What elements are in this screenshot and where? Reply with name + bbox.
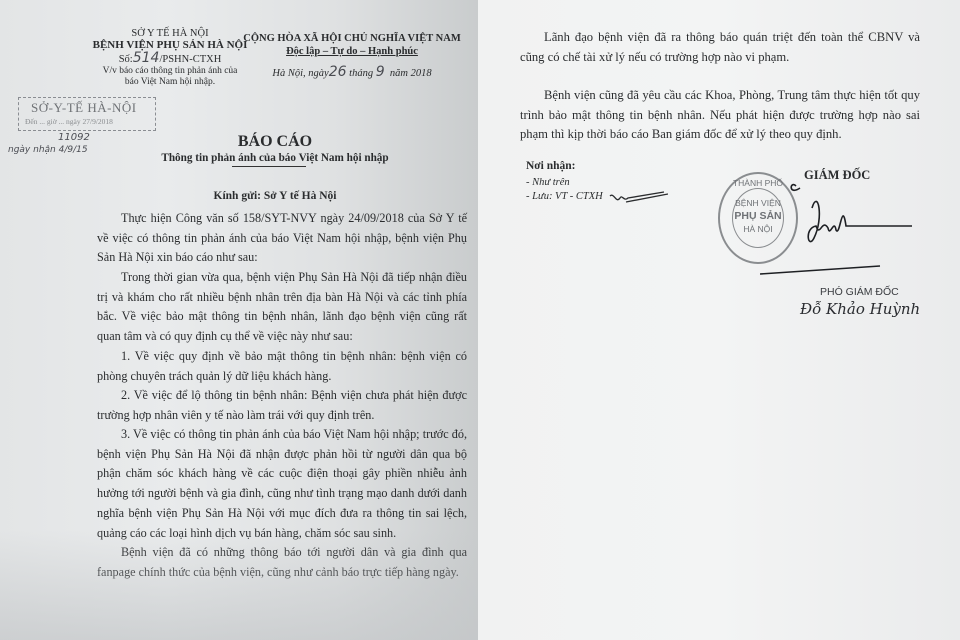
hospital-name: BỆNH VIỆN PHỤ SẢN HÀ NỘI	[76, 39, 264, 52]
date-month: 9	[376, 64, 385, 80]
document-date: Hà Nội, ngày26 tháng 9 năm 2018	[238, 66, 466, 80]
subject-line: V/v báo cáo thông tin phản ánh của báo V…	[80, 66, 260, 88]
paragraph-item-1: 1. Về việc quy định về bảo mật thông tin…	[97, 347, 467, 386]
date-year: năm 2018	[390, 68, 432, 79]
recipient-line: Kính gửi: Sở Y tế Hà Nội	[150, 190, 400, 202]
report-title: BÁO CÁO	[150, 133, 400, 151]
paragraph-departments: Bệnh viện cũng đã yêu cầu các Khoa, Phòn…	[520, 86, 920, 145]
number-prefix: Số:	[119, 54, 133, 65]
stamp-note: ngày nhận 4/9/15	[8, 145, 88, 155]
stamp-number: 11092	[58, 132, 90, 143]
received-stamp: SỞ-Y-TẾ HÀ-NỘI Đến ... giờ ... ngày 27/9…	[18, 97, 156, 131]
recipients-list: - Như trên - Lưu: VT - CTXH	[526, 176, 603, 204]
paragraph-notice: Bệnh viện đã có những thông báo tới ngườ…	[97, 543, 467, 582]
stamp-title: SỞ-Y-TẾ HÀ-NỘI	[31, 100, 137, 116]
national-motto: Độc lập – Tự do – Hạnh phúc	[238, 45, 466, 58]
left-document-page: SỞ Y TẾ HÀ NỘI BỆNH VIỆN PHỤ SẢN HÀ NỘI …	[0, 0, 478, 640]
number-suffix: /PSHN-CTXH	[159, 54, 221, 65]
signer-role: PHÓ GIÁM ĐỐC	[820, 286, 899, 298]
paragraph-item-3: 3. Về việc có thông tin phản ánh của báo…	[97, 425, 467, 543]
document-number: Số:514/PSHN-CTXH	[80, 52, 260, 66]
date-day: 26	[329, 64, 347, 80]
stamp-line: Đến ... giờ ... ngày 27/9/2018	[25, 117, 113, 126]
date-month-label: tháng	[349, 68, 373, 79]
date-prefix: Hà Nội, ngày	[272, 68, 328, 79]
subject-line-2: báo Việt Nam hội nhập.	[80, 77, 260, 88]
republic-heading: CỘNG HÒA XÃ HỘI CHỦ NGHĨA VIỆT NAM	[238, 32, 466, 45]
paragraph-item-2: 2. Về việc để lộ thông tin bệnh nhân: Bệ…	[97, 386, 467, 425]
director-signature	[760, 178, 920, 278]
paragraph-intro: Thực hiện Công văn số 158/SYT-NVY ngày 2…	[97, 209, 467, 268]
paragraph-background: Trong thời gian vừa qua, bệnh viện Phụ S…	[97, 268, 467, 347]
recipient-item: - Lưu: VT - CTXH	[526, 190, 603, 204]
number-handwritten: 514	[133, 50, 160, 66]
paragraph-leadership: Lãnh đạo bệnh viện đã ra thông báo quán …	[520, 28, 920, 67]
subject-line-1: V/v báo cáo thông tin phản ánh của	[80, 66, 260, 77]
subtitle-rule	[232, 166, 306, 167]
initials-signature	[608, 190, 668, 212]
signer-name: Đỗ Khảo Huỳnh	[800, 300, 920, 318]
recipient-item: - Như trên	[526, 176, 603, 190]
recipients-label: Nơi nhận:	[526, 160, 576, 172]
report-subtitle: Thông tin phản ánh của báo Việt Nam hội …	[140, 151, 410, 165]
